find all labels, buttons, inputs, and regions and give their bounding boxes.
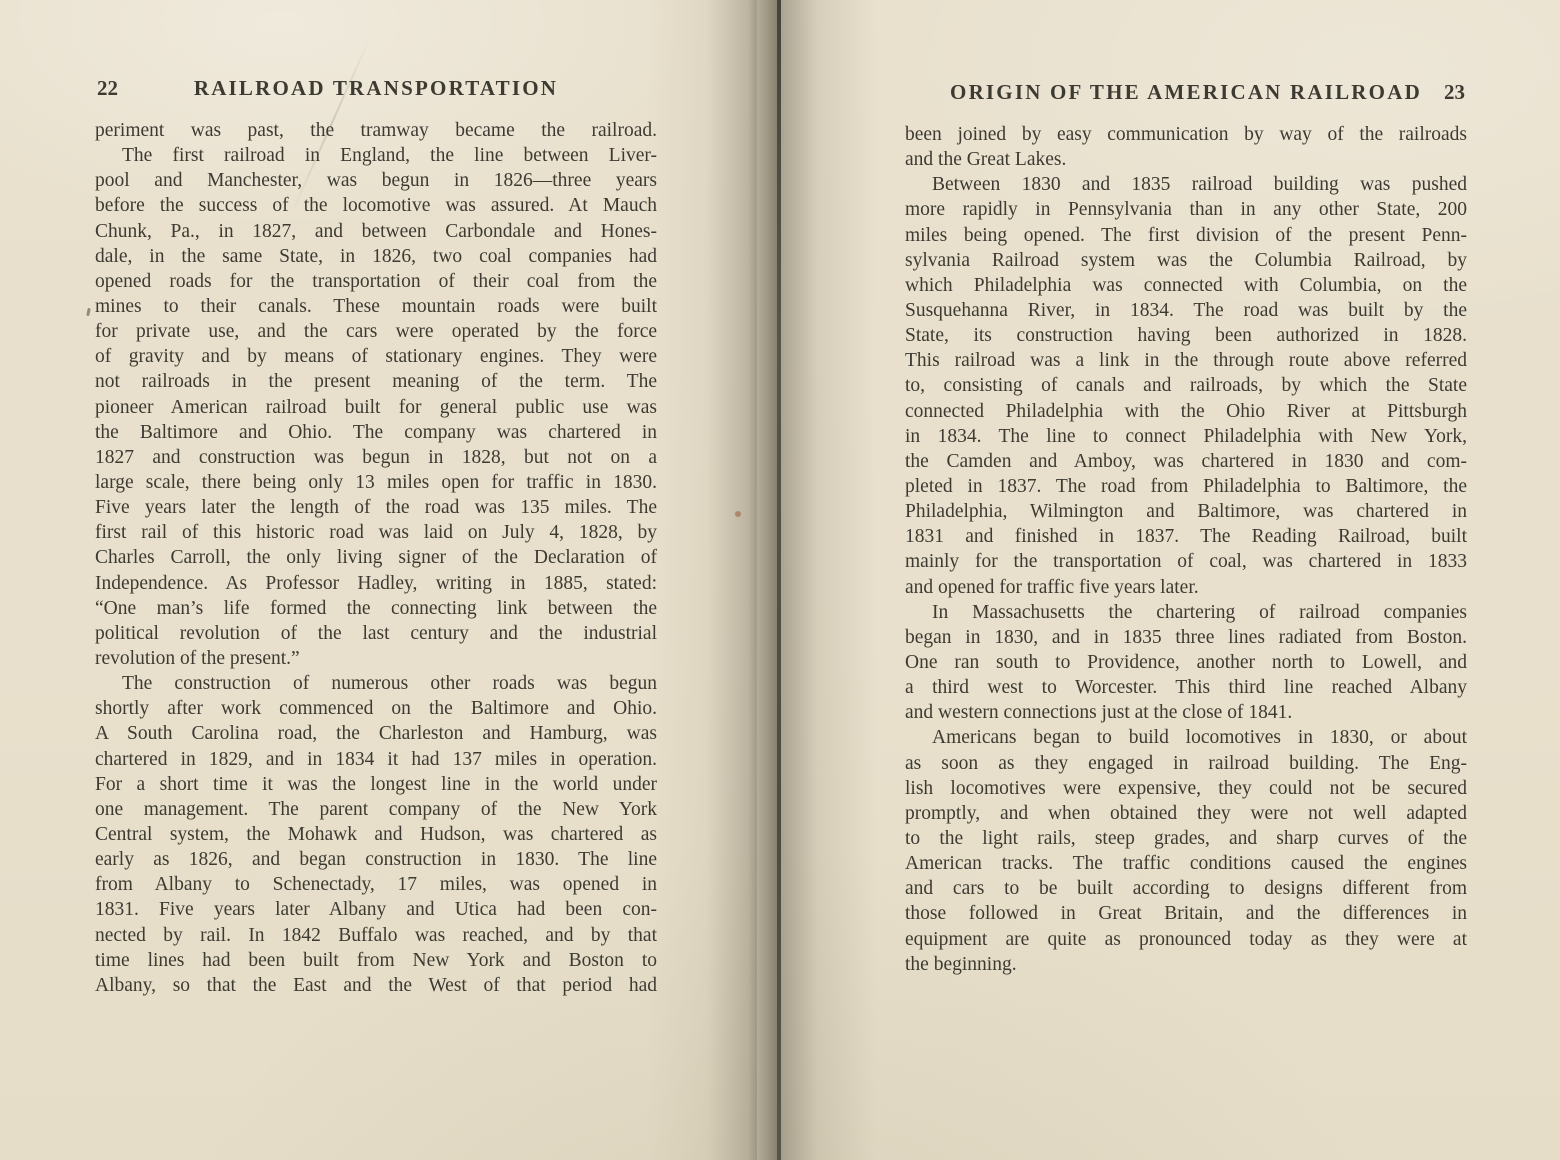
text-line: Central system, the Mohawk and Hudson, w… bbox=[95, 822, 657, 847]
text-line: in 1834. The line to connect Philadelphi… bbox=[905, 424, 1467, 449]
text-line: which Philadelphia was connected with Co… bbox=[905, 273, 1467, 298]
text-line: to the light rails, steep grades, and sh… bbox=[905, 826, 1467, 851]
left-page-header: 22 RAILROAD TRANSPORTATION bbox=[95, 75, 657, 102]
right-page-header: ORIGIN OF THE AMERICAN RAILROAD 23 bbox=[905, 79, 1467, 106]
text-line: early as 1826, and began construction in… bbox=[95, 847, 657, 872]
text-line: and the Great Lakes. bbox=[905, 147, 1467, 172]
text-line: lish locomotives were expensive, they co… bbox=[905, 776, 1467, 801]
text-line: pool and Manchester, was begun in 1826—t… bbox=[95, 168, 657, 193]
text-line: 1831 and finished in 1837. The Reading R… bbox=[905, 524, 1467, 549]
text-line: Susquehanna River, in 1834. The road was… bbox=[905, 298, 1467, 323]
running-head-left: RAILROAD TRANSPORTATION bbox=[95, 75, 657, 102]
text-line: Independence. As Professor Hadley, writi… bbox=[95, 571, 657, 596]
left-page: 22 RAILROAD TRANSPORTATION periment was … bbox=[95, 75, 657, 998]
text-line: before the success of the locomotive was… bbox=[95, 193, 657, 218]
text-line: revolution of the present.” bbox=[95, 646, 657, 671]
text-line: Between 1830 and 1835 railroad building … bbox=[905, 172, 1467, 197]
right-page-text: been joined by easy communication by way… bbox=[905, 122, 1467, 977]
text-line: a third west to Worcester. This third li… bbox=[905, 675, 1467, 700]
text-line: first rail of this historic road was lai… bbox=[95, 520, 657, 545]
text-line: American tracks. The traffic conditions … bbox=[905, 851, 1467, 876]
text-line: time lines had been built from New York … bbox=[95, 948, 657, 973]
text-line: pioneer American railroad built for gene… bbox=[95, 395, 657, 420]
text-line: pleted in 1837. The road from Philadelph… bbox=[905, 474, 1467, 499]
text-line: as soon as they engaged in railroad buil… bbox=[905, 751, 1467, 776]
text-line: opened roads for the transportation of t… bbox=[95, 269, 657, 294]
scan-speck bbox=[1408, 640, 1413, 644]
text-line: equipment are quite as pronounced today … bbox=[905, 927, 1467, 952]
text-line: connected Philadelphia with the Ohio Riv… bbox=[905, 399, 1467, 424]
text-line: 1827 and construction was begun in 1828,… bbox=[95, 445, 657, 470]
text-line: political revolution of the last century… bbox=[95, 621, 657, 646]
text-line: began in 1830, and in 1835 three lines r… bbox=[905, 625, 1467, 650]
text-line: mines to their canals. These mountain ro… bbox=[95, 294, 657, 319]
text-line: of gravity and by means of stationary en… bbox=[95, 344, 657, 369]
text-line: Albany, so that the East and the West of… bbox=[95, 973, 657, 998]
text-line: Chunk, Pa., in 1827, and between Carbond… bbox=[95, 219, 657, 244]
text-line: for private use, and the cars were opera… bbox=[95, 319, 657, 344]
scan-speck bbox=[86, 308, 91, 316]
text-line: shortly after work commenced on the Balt… bbox=[95, 696, 657, 721]
text-line: not railroads in the present meaning of … bbox=[95, 369, 657, 394]
text-line: periment was past, the tramway became th… bbox=[95, 118, 657, 143]
text-line: sylvania Railroad system was the Columbi… bbox=[905, 248, 1467, 273]
text-line: from Albany to Schenectady, 17 miles, wa… bbox=[95, 872, 657, 897]
gutter-strip bbox=[757, 0, 777, 1160]
left-page-text: periment was past, the tramway became th… bbox=[95, 118, 657, 998]
text-line: nected by rail. In 1842 Buffalo was reac… bbox=[95, 923, 657, 948]
right-page: ORIGIN OF THE AMERICAN RAILROAD 23 been … bbox=[905, 79, 1467, 977]
text-line: miles being opened. The first division o… bbox=[905, 223, 1467, 248]
text-line: those followed in Great Britain, and the… bbox=[905, 901, 1467, 926]
text-line: The construction of numerous other roads… bbox=[95, 671, 657, 696]
text-line: and opened for traffic five years later. bbox=[905, 575, 1467, 600]
text-line: the Baltimore and Ohio. The company was … bbox=[95, 420, 657, 445]
text-line: Charles Carroll, the only living signer … bbox=[95, 545, 657, 570]
text-line: one management. The parent company of th… bbox=[95, 797, 657, 822]
text-line: and cars to be built according to design… bbox=[905, 876, 1467, 901]
text-line: dale, in the same State, in 1826, two co… bbox=[95, 244, 657, 269]
text-line: The first railroad in England, the line … bbox=[95, 143, 657, 168]
text-line: been joined by easy communication by way… bbox=[905, 122, 1467, 147]
text-line: more rapidly in Pennsylvania than in any… bbox=[905, 197, 1467, 222]
text-line: A South Carolina road, the Charleston an… bbox=[95, 721, 657, 746]
text-line: Americans began to build locomotives in … bbox=[905, 725, 1467, 750]
text-line: mainly for the transportation of coal, w… bbox=[905, 549, 1467, 574]
text-line: the beginning. bbox=[905, 952, 1467, 977]
running-head-right: ORIGIN OF THE AMERICAN RAILROAD bbox=[905, 79, 1467, 106]
page-number-left: 22 bbox=[97, 75, 118, 102]
page-number-right: 23 bbox=[1444, 79, 1465, 106]
text-line: Five years later the length of the road … bbox=[95, 495, 657, 520]
text-line: 1831. Five years later Albany and Utica … bbox=[95, 897, 657, 922]
text-line: to, consisting of canals and railroads, … bbox=[905, 373, 1467, 398]
text-line: For a short time it was the longest line… bbox=[95, 772, 657, 797]
text-line: large scale, there being only 13 miles o… bbox=[95, 470, 657, 495]
text-line: One ran south to Providence, another nor… bbox=[905, 650, 1467, 675]
text-line: and western connections just at the clos… bbox=[905, 700, 1467, 725]
gutter-shadow-right bbox=[781, 0, 877, 1160]
scan-speck bbox=[735, 511, 741, 517]
gutter-shadow-left bbox=[645, 0, 757, 1160]
book-spread-scan: 22 RAILROAD TRANSPORTATION periment was … bbox=[0, 0, 1560, 1160]
text-line: “One man’s life formed the connecting li… bbox=[95, 596, 657, 621]
text-line: In Massachusetts the chartering of railr… bbox=[905, 600, 1467, 625]
text-line: promptly, and when obtained they were no… bbox=[905, 801, 1467, 826]
text-line: chartered in 1829, and in 1834 it had 13… bbox=[95, 747, 657, 772]
text-line: the Camden and Amboy, was chartered in 1… bbox=[905, 449, 1467, 474]
text-line: Philadelphia, Wilmington and Baltimore, … bbox=[905, 499, 1467, 524]
text-line: State, its construction having been auth… bbox=[905, 323, 1467, 348]
text-line: This railroad was a link in the through … bbox=[905, 348, 1467, 373]
